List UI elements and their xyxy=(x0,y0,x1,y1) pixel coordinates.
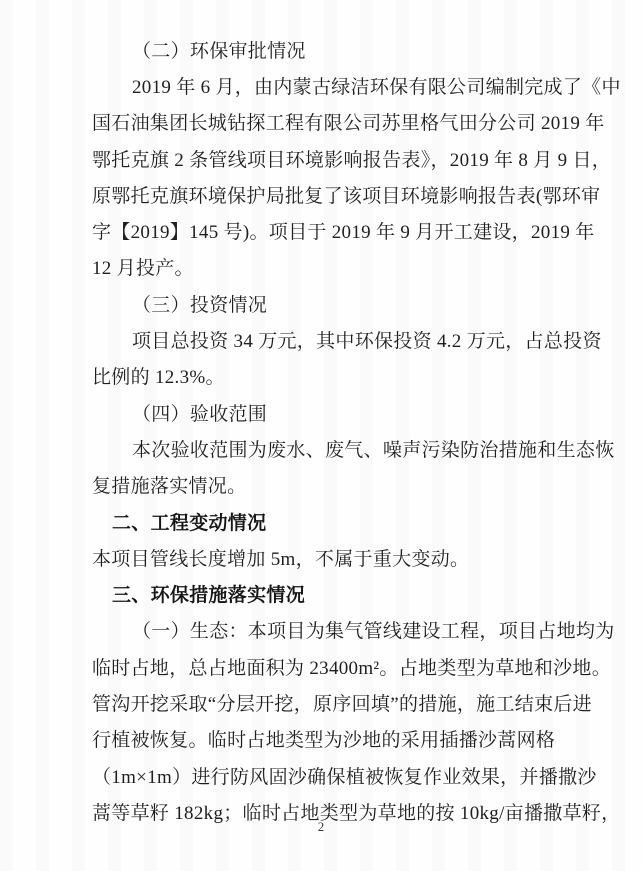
ecology-paragraph-line: 行植被恢复。临时占地类型为沙地的采用插播沙蒿网格 xyxy=(92,721,572,757)
ecology-paragraph-line: 临时占地，总占地面积为 23400m²。占地类型为草地和沙地。 xyxy=(92,648,572,684)
approval-paragraph-line: 国石油集团长城钻探工程有限公司苏里格气田分公司 2019 年 xyxy=(92,104,572,140)
scope-paragraph-line: 复措施落实情况。 xyxy=(92,467,572,503)
change-paragraph-line: 本项目管线长度增加 5m，不属于重大变动。 xyxy=(92,539,572,575)
section-2-heading: （二）环保审批情况 xyxy=(92,31,572,67)
page-footer: 2 xyxy=(0,818,642,836)
section-4-heading: （四）验收范围 xyxy=(92,394,572,430)
approval-paragraph-line: 2019 年 6 月，由内蒙古绿洁环保有限公司编制完成了《中 xyxy=(92,67,572,103)
document-body: （二）环保审批情况2019 年 6 月，由内蒙古绿洁环保有限公司编制完成了《中国… xyxy=(92,31,572,830)
approval-paragraph-line: 原鄂托克旗环境保护局批复了该项目环境影响报告表(鄂环审 xyxy=(92,176,572,212)
approval-paragraph-line: 12 月投产。 xyxy=(92,249,572,285)
ecology-paragraph-line: （1m×1m）进行防风固沙确保植被恢复作业效果，并播撒沙 xyxy=(92,757,572,793)
approval-paragraph-line: 鄂托克旗 2 条管线项目环境影响报告表》，2019 年 8 月 9 日， xyxy=(92,140,572,176)
document-page: （二）环保审批情况2019 年 6 月，由内蒙古绿洁环保有限公司编制完成了《中国… xyxy=(0,0,642,871)
chapter-3-heading: 三、环保措施落实情况 xyxy=(92,575,572,611)
ecology-paragraph-line: （一）生态：本项目为集气管线建设工程，项目占地均为 xyxy=(92,612,572,648)
investment-paragraph-line: 项目总投资 34 万元，其中环保投资 4.2 万元，占总投资 xyxy=(92,321,572,357)
approval-paragraph-line: 字【2019】145 号)。项目于 2019 年 9 月开工建设，2019 年 xyxy=(92,212,572,248)
page-number: 2 xyxy=(318,819,325,834)
ecology-paragraph-line: 管沟开挖采取“分层开挖，原序回填”的措施，施工结束后进 xyxy=(92,684,572,720)
section-3-heading: （三）投资情况 xyxy=(92,285,572,321)
chapter-2-heading: 二、工程变动情况 xyxy=(92,503,572,539)
investment-paragraph-line: 比例的 12.3%。 xyxy=(92,358,572,394)
scope-paragraph-line: 本次验收范围为废水、废气、噪声污染防治措施和生态恢 xyxy=(92,430,572,466)
